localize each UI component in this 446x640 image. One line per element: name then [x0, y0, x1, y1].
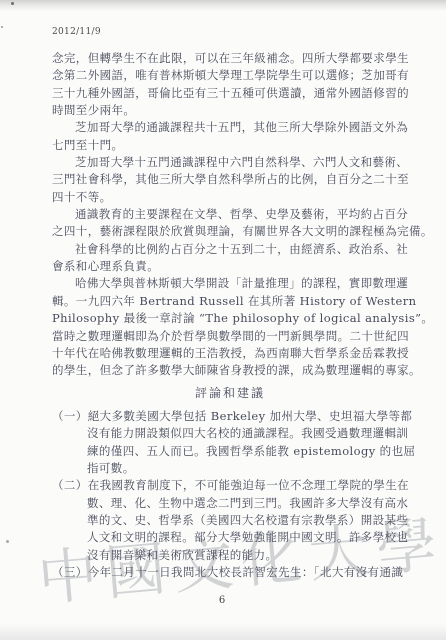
text-line: 時間至少兩年。: [52, 102, 408, 119]
text-line: 通識教育的主要課程在文學、哲學、史學及藝術，平均約占百分: [52, 206, 408, 223]
text-line: 指可數。: [52, 460, 408, 477]
section-heading: 評論和建議: [52, 385, 408, 402]
list-item: （三）今年二月十一日我問北大校長許智宏先生：「北大有沒有通識: [52, 564, 408, 581]
scan-speck: [1, 26, 3, 28]
text-line: 沒有能力開設類似四大名校的通識課程。我國受過數理邏輯訓: [52, 425, 408, 442]
text-line: 七門至十門。: [52, 137, 408, 154]
text-line: （三）今年二月十一日我問北大校長許智宏先生：「北大有沒有通識: [52, 564, 408, 581]
text-line: 四十不等。: [52, 189, 408, 206]
text-line: 念完，但轉學生不在此限，可以在三年級補念。四所大學都要求學生: [52, 50, 408, 67]
scan-top-edge: [0, 0, 446, 11]
text-line: Philosophy 最後一章討論 “The philosophy of log…: [52, 310, 408, 327]
text-line: 社會科學的比例約占百分之十五到二十，由經濟系、政治系、社: [52, 241, 408, 258]
paragraph: 芝加哥大學的通識課程共十五門，其他三所大學除外國語文外為七門至十門。: [52, 119, 408, 154]
text-line: 哈佛大學與普林斯頓大學開設「計量推理」的課程，實即數理邏: [52, 275, 408, 292]
paragraph: 念完，但轉學生不在此限，可以在三年級補念。四所大學都要求學生念第二外國語，唯有普…: [52, 50, 408, 119]
text-line: 當時之數理邏輯即為介於哲學與數學間的一門新興學問。二十世紀四: [52, 328, 408, 345]
text-line: 芝加哥大學的通識課程共十五門，其他三所大學除外國語文外為: [52, 119, 408, 136]
page-number: 6: [52, 595, 392, 606]
list-item-marker: （三）: [52, 565, 88, 579]
text-line: 十年代在哈佛教數理邏輯的王浩教授，為西南聯大哲學系金岳霖教授: [52, 345, 408, 362]
text-line: （二）在我國教育制度下，不可能強迫每一位不念理工學院的學生在: [52, 477, 408, 494]
text-line: 輯。一九四六年 Bertrand Russell 在其所著 History of…: [52, 293, 408, 310]
list-item: （二）在我國教育制度下，不可能強迫每一位不念理工學院的學生在數、理、化、生物中選…: [52, 477, 408, 564]
text-line: 念第二外國語，唯有普林斯頓大學理工學院學生可以選修；芝加哥有: [52, 67, 408, 84]
list-item: （一）絕大多數美國大學包括 Berkeley 加州大學、史坦福大學等都沒有能力開…: [52, 408, 408, 477]
paragraph: 哈佛大學與普林斯頓大學開設「計量推理」的課程，實即數理邏輯。一九四六年 Bert…: [52, 275, 408, 379]
paragraph: 社會科學的比例約占百分之十五到二十，由經濟系、政治系、社會系和心理系負責。: [52, 241, 408, 276]
text-line: 沒有開音樂和美術欣賞課程的能力。: [52, 547, 408, 564]
scan-speck: [6, 540, 9, 543]
text-line: （一）絕大多數美國大學包括 Berkeley 加州大學、史坦福大學等都: [52, 408, 408, 425]
scan-speck: [11, 2, 14, 5]
list-item-marker: （一）: [52, 409, 88, 423]
document-body: 念完，但轉學生不在此限，可以在三年級補念。四所大學都要求學生念第二外國語，唯有普…: [52, 50, 408, 581]
text-line: 數、理、化、生物中選念二門到三門。我國許多大學沒有高水: [52, 495, 408, 512]
paragraph: 芝加哥大學十五門通識課程中六門自然科學、六門人文和藝術、三門社會科學，其他三所大…: [52, 154, 408, 206]
text-line: 芝加哥大學十五門通識課程中六門自然科學、六門人文和藝術、: [52, 154, 408, 171]
paragraph: 通識教育的主要課程在文學、哲學、史學及藝術，平均約占百分之四十，藝術課程限於欣賞…: [52, 206, 408, 241]
text-line: 人文和文明的課程。部分大學勉強能開中國文明。許多學校也: [52, 529, 408, 546]
text-line: 準的文、史、哲學系（美國四大名校還有宗教學系）開設某些: [52, 512, 408, 529]
scanned-page: 中國文化大學 2012/11/9 念完，但轉學生不在此限，可以在三年級補念。四所…: [0, 0, 446, 640]
text-line: 的學生，但念了許多數學大師陳省身教授的課，成為數理邏輯的專家。: [52, 362, 408, 379]
text-line: 三十九種外國語，哥倫比亞有三十五種可供選讀，通常外國語修習的: [52, 85, 408, 102]
date-stamp: 2012/11/9: [52, 27, 101, 37]
text-line: 之四十，藝術課程限於欣賞與理論，有關世界各大文明的課程極為完備。: [52, 223, 408, 240]
text-line: 練的僅四、五人而已。我國哲學系能教 epistemology 的也屈: [52, 443, 408, 460]
text-line: 三門社會科學，其他三所大學自然科學所占的比例，自百分之二十至: [52, 171, 408, 188]
scan-bottom-edge: [0, 624, 446, 640]
text-line: 會系和心理系負責。: [52, 258, 408, 275]
list-item-marker: （二）: [52, 478, 88, 492]
